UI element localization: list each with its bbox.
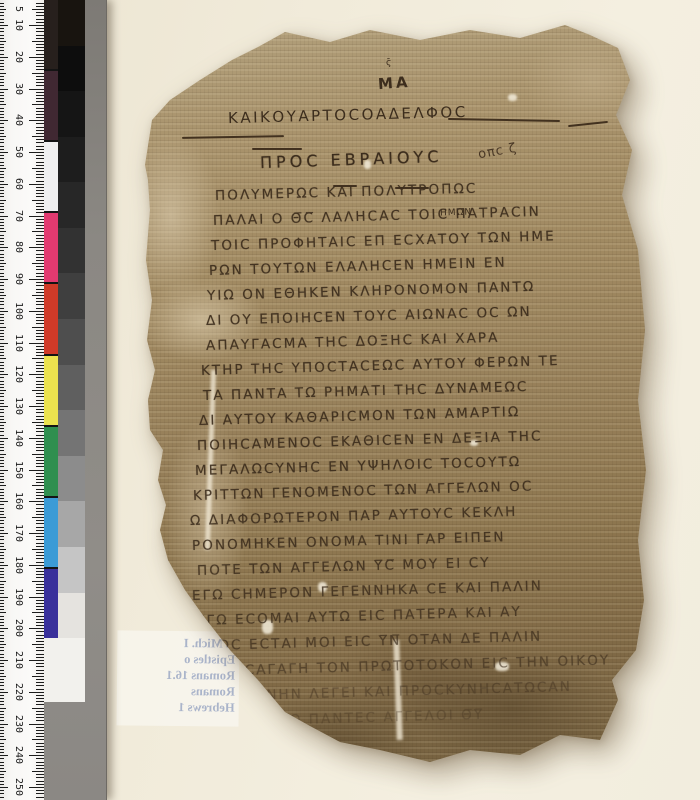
ruler-tick [0, 95, 4, 96]
grayscale-step [58, 319, 85, 365]
ruler-tick [36, 577, 44, 578]
quire-mark: ϛ̄ [385, 58, 392, 69]
ruler-tick [36, 758, 44, 759]
ruler-tick [0, 149, 4, 150]
ruler-tick [0, 695, 4, 696]
ruler-tick [32, 517, 44, 518]
ruler-tick [36, 444, 44, 445]
ruler-tick [36, 504, 44, 505]
ruler-number: 150 [11, 457, 25, 483]
ruler-tick [36, 749, 44, 750]
ruler-tick [36, 349, 44, 350]
ruler-tick [0, 720, 4, 721]
ruler-number: 240 [11, 742, 25, 768]
ruler-tick [0, 444, 4, 445]
ruler-tick [0, 343, 8, 344]
ruler-tick [0, 225, 4, 226]
manuscript-line: ΡΩΝ ΤΟΥΤΩΝ ΕΛΑΛΗϹΕΝ ΗΜΕΙΝ ΕΝ [209, 255, 507, 279]
ruler-tick [36, 12, 44, 13]
ruler-tick [36, 492, 44, 493]
ruler-tick [0, 206, 4, 207]
ruler-tick [0, 396, 4, 397]
ruler-tick [36, 254, 44, 255]
ruler-tick [0, 123, 4, 124]
ruler-tick [0, 60, 4, 61]
manuscript-line: ΤΟΙϹ ΠΡΟΦΗΤΑΙϹ ΕΠ ΕϹΧΑΤΟΥ ΤΩΝ ΗΜΕ [211, 228, 556, 254]
ruler-tick [0, 555, 4, 556]
ruler-tick [32, 168, 44, 169]
ruler-tick [36, 235, 44, 236]
ruler-tick [29, 343, 44, 344]
ruler-tick [0, 730, 4, 731]
ruler-tick [0, 752, 4, 753]
ruler-tick [0, 276, 4, 277]
ruler-tick [0, 793, 4, 794]
ruler-tick [0, 244, 4, 245]
ruler-tick [0, 41, 6, 42]
ruler-tick [36, 50, 44, 51]
ruler-tick [36, 304, 44, 305]
ruler-tick [0, 565, 8, 566]
ruler-tick [0, 209, 4, 210]
ruler-tick [36, 384, 44, 385]
ruler-tick [0, 777, 4, 778]
ruler-tick [0, 758, 4, 759]
ruler-tick [0, 622, 4, 623]
ruler-tick [0, 457, 4, 458]
manuscript-line: ΡΟΝΟΜΗΚΕΝ ΟΝΟΜΑ ΤΙΝΙ ΓΑΡ ΕΙΠΕΝ [192, 529, 506, 554]
manuscript-line: ΠΟΛΥΜΕΡΩϹ ΚΑΙ ΠΟΛΥΤΡΟΠΩϹ [215, 181, 478, 204]
ruler-tick [0, 647, 4, 648]
ruler-tick [36, 139, 44, 140]
ruler-tick [0, 514, 4, 515]
ruler-tick [0, 473, 4, 474]
ruler-tick [0, 139, 4, 140]
ruler-tick [0, 790, 4, 791]
manuscript-line: ΑΠΑΥΓΑϹΜΑ ΤΗϹ ΔΟΞΗϹ ΚΑΙ ΧΑΡΑ [206, 330, 500, 354]
ruler-tick [0, 365, 4, 366]
ruler-number: 80 [11, 234, 25, 260]
ruler-tick [29, 406, 44, 407]
ruler-tick [0, 323, 4, 324]
ruler-tick [0, 546, 4, 547]
card-white-margin [44, 638, 85, 702]
ruler-tick [36, 689, 44, 690]
ruler-tick [36, 571, 44, 572]
ruler-tick [36, 241, 44, 242]
grayscale-step [58, 228, 85, 274]
ruler-tick [36, 584, 44, 585]
ruler-tick [36, 35, 44, 36]
ruler-tick [36, 162, 44, 163]
ruler-tick [0, 641, 4, 642]
ruler-tick [36, 158, 44, 159]
ruler-tick [36, 203, 44, 204]
ruler-number: 140 [11, 425, 25, 451]
ruler-tick [0, 568, 4, 569]
ruler-tick [0, 368, 4, 369]
ruler-tick [0, 517, 6, 518]
ruler-tick [0, 654, 4, 655]
ruler-tick [0, 736, 4, 737]
ruler-tick [0, 746, 4, 747]
ruler-tick [0, 708, 6, 709]
ruler-tick [36, 250, 44, 251]
ruler-tick [36, 733, 44, 734]
manuscript-line: ΚΤΗΡ ΤΗϹ ΥΠΟϹΤΑϹΕΩϹ ΑΥΤΟΥ ΦΕΡΩΝ ΤΕ [201, 353, 560, 379]
ruler-tick [32, 549, 44, 550]
ruler-tick [0, 692, 8, 693]
ruler-tick [32, 231, 44, 232]
ruler-tick [0, 612, 6, 613]
ruler-tick [32, 708, 44, 709]
ruler-tick [36, 368, 44, 369]
ruler-tick [0, 562, 4, 563]
ruler-tick [0, 797, 4, 798]
calibration-card [44, 0, 107, 800]
grayscale-step [58, 593, 85, 639]
ruler-tick [36, 298, 44, 299]
ruler-tick [0, 282, 4, 283]
surface-fleck [508, 94, 517, 101]
manuscript-line: ΔΙ ΟΥ ΕΠΟΙΗϹΕΝ ΤΟΥϹ ΑΙΩΝΑϹ ΟϹ ΩΝ [206, 304, 532, 329]
ruler-tick [36, 682, 44, 683]
ruler-tick [36, 85, 44, 86]
ruler-tick [36, 79, 44, 80]
ruler-tick [36, 69, 44, 70]
ruler-tick [36, 797, 44, 798]
ruler-tick [36, 165, 44, 166]
ruler-tick [36, 117, 44, 118]
grayscale-step [58, 46, 85, 92]
ruler-tick [36, 476, 44, 477]
ruler-tick [36, 781, 44, 782]
ruler-tick [0, 127, 4, 128]
ruler-tick [36, 174, 44, 175]
ruler-tick [36, 323, 44, 324]
manuscript-line: ΕΓΩ ΕϹΟΜΑΙ ΑΥΤΩ ΕΙϹ ΠΑΤΕΡΑ ΚΑΙ ΑΥ [196, 604, 522, 629]
ruler-tick [29, 533, 44, 534]
ruler-tick [36, 206, 44, 207]
ruler-tick [0, 435, 4, 436]
ruler-tick [36, 777, 44, 778]
ruler-tick [36, 127, 44, 128]
ruler-tick [32, 771, 44, 772]
ruler-tick [0, 412, 4, 413]
manuscript-line: ΤΑ ΠΑΝΤΑ ΤΩ ΡΗΜΑΤΙ ΤΗϹ ΔΥΝΑΜΕΩϹ [203, 379, 529, 404]
ruler-tick [0, 584, 4, 585]
grayscale-step [58, 547, 85, 593]
ruler-tick [0, 333, 4, 334]
grayscale-step [58, 182, 85, 228]
ruler-tick [0, 31, 4, 32]
ruler-tick [36, 292, 44, 293]
ruler-tick [36, 527, 44, 528]
ruler-tick [0, 571, 4, 572]
ruler-tick [29, 184, 44, 185]
ruler-tick [36, 543, 44, 544]
ruler-tick [0, 670, 4, 671]
ruler-tick [36, 574, 44, 575]
ruler-tick [0, 616, 4, 617]
ruler-tick [0, 12, 4, 13]
ruler-tick [36, 381, 44, 382]
ruler-tick [0, 269, 4, 270]
ruler-tick [36, 190, 44, 191]
ruler-tick [0, 549, 6, 550]
ruler-tick [0, 717, 4, 718]
ruler-tick [36, 308, 44, 309]
ruler-tick [0, 381, 4, 382]
ruler-tick [36, 641, 44, 642]
ruler-tick [36, 460, 44, 461]
ruler-tick [36, 346, 44, 347]
ruler-tick [36, 352, 44, 353]
ruler-tick [0, 82, 4, 83]
manuscript-line: ΠΟΤΕ ΤΩΝ ΑΓΓΕΛΩΝ Υ̅Ϲ̅ ΜΟΥ ΕΙ ϹΥ [197, 555, 491, 579]
ruler-tick [0, 501, 8, 502]
ruler-tick [29, 311, 44, 312]
grayscale-step [58, 410, 85, 456]
ruler-tick [36, 320, 44, 321]
ruler-tick [0, 765, 4, 766]
ruler-tick [36, 371, 44, 372]
ruler-tick [36, 219, 44, 220]
ruler-tick [32, 200, 44, 201]
ruler-tick [32, 9, 44, 10]
ruler-tick [29, 660, 44, 661]
ruler-tick [0, 358, 6, 359]
ruler-tick [0, 9, 6, 10]
ruler-tick [0, 416, 4, 417]
ruler-tick [36, 520, 44, 521]
ruler-tick [29, 597, 44, 598]
ruler-tick [36, 114, 44, 115]
ruler-tick [0, 355, 4, 356]
ruler-tick [0, 489, 4, 490]
ruler-tick [32, 41, 44, 42]
ruler-tick [36, 142, 44, 143]
ruler-tick [0, 114, 4, 115]
ruler-tick [36, 92, 44, 93]
ruler-tick [36, 257, 44, 258]
ruler-tick [36, 416, 44, 417]
ruler-tick [0, 349, 4, 350]
ruler-tick [0, 92, 4, 93]
ruler-tick [36, 31, 44, 32]
ruler-tick [0, 743, 4, 744]
ruler-tick [0, 492, 4, 493]
ruler-tick [0, 425, 4, 426]
ruler-tick [0, 190, 4, 191]
mm-ruler: 5102030405060708090100110120130140150160… [0, 0, 44, 800]
ruler-tick [36, 555, 44, 556]
ruler-tick [0, 539, 4, 540]
ruler-tick [36, 260, 44, 261]
ruler-tick [0, 254, 4, 255]
ruler-tick [0, 371, 4, 372]
ruler-tick [0, 6, 4, 7]
grayscale-step [58, 273, 85, 319]
ruler-tick [36, 409, 44, 410]
paragraphos-stroke [448, 118, 560, 122]
ruler-tick [0, 682, 4, 683]
ruler-tick [36, 428, 44, 429]
ruler-tick [0, 377, 4, 378]
ruler-tick [0, 330, 4, 331]
ruler-tick [0, 774, 4, 775]
ruler-tick [0, 387, 4, 388]
ruler-tick [36, 28, 44, 29]
ruler-tick [0, 701, 4, 702]
ruler-tick [36, 654, 44, 655]
ruler-tick [36, 6, 44, 7]
ruler-tick [36, 479, 44, 480]
ruler-tick [0, 581, 6, 582]
ruler-tick [0, 28, 4, 29]
ruler-tick [0, 403, 4, 404]
manuscript-line: ΑΥΤΩ ΠΑΝΤΕϹ ΑΓΓΕΛΟΙ Θ̅Υ̅ [258, 707, 485, 729]
ruler-tick [0, 263, 6, 264]
ruler-tick [36, 558, 44, 559]
ruler-tick [0, 666, 4, 667]
ruler-tick [0, 187, 4, 188]
ruler-tick [0, 784, 4, 785]
ruler-tick [36, 403, 44, 404]
ruler-tick [0, 552, 4, 553]
ruler-tick [36, 76, 44, 77]
ruler-tick [0, 327, 6, 328]
ruler-tick [36, 317, 44, 318]
ruler-tick [0, 98, 4, 99]
papyrus-surface: ϛ̄ ΜΑ ΚΑΙΚΟΥΑΡΤΟϹΟΑΔΕΛΦΟϹ ΠΡΟϹ ΕΒΡΑΙΟΥϹ … [140, 22, 655, 767]
ruler-tick [0, 749, 4, 750]
ruler-tick [36, 695, 44, 696]
ruler-tick [0, 431, 4, 432]
ruler-tick [0, 196, 4, 197]
manuscript-line: ΕΙϹΑΓΑΓΗ ΤΟΝ ΠΡΩΤΟΤΟΚΟΝ ΕΙϹ ΤΗΝ ΟΙΚΟΥ [228, 652, 611, 679]
ruler-tick [0, 212, 4, 213]
ruler-tick [36, 762, 44, 763]
grayscale-step [58, 91, 85, 137]
ruler-tick [0, 101, 4, 102]
ruler-tick [36, 95, 44, 96]
ruler-tick [36, 447, 44, 448]
ruler-tick [36, 396, 44, 397]
ruler-number: 130 [11, 393, 25, 419]
ruler-tick [0, 216, 8, 217]
ruler-tick [0, 311, 8, 312]
ruler-tick [0, 479, 4, 480]
ruler-tick [0, 657, 4, 658]
ruler-tick [0, 177, 4, 178]
ruler-tick [36, 435, 44, 436]
ruler-number: 200 [11, 615, 25, 641]
ruler-tick [0, 339, 4, 340]
ruler-tick [36, 66, 44, 67]
ruler-number: 210 [11, 647, 25, 673]
ruler-tick [0, 533, 8, 534]
ruler-tick [36, 619, 44, 620]
ruler-tick [36, 711, 44, 712]
ruler-tick [36, 333, 44, 334]
manuscript-line: ΚΡΙΤΤΩΝ ΓΕΝΟΜΕΝΟϹ ΤΩΝ ΑΓΓΕΛΩΝ ΟϹ [193, 478, 534, 504]
ruler-tick [36, 222, 44, 223]
ruler-tick [0, 400, 4, 401]
ruler-tick [0, 320, 4, 321]
ruler-tick [0, 739, 6, 740]
ruler-tick [36, 441, 44, 442]
grayscale-step [58, 137, 85, 183]
ruler-number: 40 [11, 107, 25, 133]
ruler-tick [0, 317, 4, 318]
ruler-tick [0, 504, 4, 505]
ruler-tick [0, 165, 4, 166]
color-patch-yellow [44, 356, 58, 427]
ruler-tick [36, 133, 44, 134]
ruler-tick [32, 485, 44, 486]
ruler-tick [36, 727, 44, 728]
ruler-tick [36, 631, 44, 632]
ruler-tick [0, 650, 4, 651]
ruler-tick [0, 466, 4, 467]
ruler-tick [0, 35, 4, 36]
ruler-tick [0, 419, 4, 420]
ruler-tick [0, 711, 4, 712]
papyrus-leaf: ϛ̄ ΜΑ ΚΑΙΚΟΥΑΡΤΟϹΟΑΔΕΛΦΟϹ ΠΡΟϹ ΕΒΡΑΙΟΥϹ … [140, 22, 655, 767]
ruler-tick [29, 787, 44, 788]
ruler-tick [0, 25, 8, 26]
ruler-tick [36, 523, 44, 524]
ruler-tick [36, 130, 44, 131]
manuscript-line: ΥΙΩ ΟΝ ΕΘΗΚΕΝ ΚΛΗΡΟΝΟΜΟΝ ΠΑΝΤΩ [207, 279, 536, 304]
ruler-tick [36, 450, 44, 451]
ruler-tick [36, 625, 44, 626]
ruler-tick [0, 714, 4, 715]
ruler-tick [0, 47, 4, 48]
ruler-tick [36, 301, 44, 302]
ruler-tick [36, 603, 44, 604]
ruler-tick [0, 498, 4, 499]
ruler-tick [0, 631, 4, 632]
ruler-tick [36, 38, 44, 39]
ruler-tick [32, 644, 44, 645]
ruler-tick [0, 628, 8, 629]
paragraphos-stroke [182, 135, 284, 139]
ruler-tick [36, 19, 44, 20]
ruler-tick [36, 568, 44, 569]
ruler-tick [36, 511, 44, 512]
ruler-tick [36, 562, 44, 563]
ruler-tick [36, 685, 44, 686]
ruler-tick [36, 768, 44, 769]
ruler-tick [0, 298, 4, 299]
ruler-tick [32, 390, 44, 391]
ruler-tick [36, 701, 44, 702]
color-patch-dark-maroon [44, 71, 58, 142]
ruler-tick [36, 47, 44, 48]
ruler-tick [0, 279, 8, 280]
ruler-tick [0, 733, 4, 734]
ruler-tick [36, 489, 44, 490]
ruler-tick [0, 673, 4, 674]
ruler-tick [0, 247, 8, 248]
ruler-tick [36, 60, 44, 61]
ruler-tick [0, 558, 4, 559]
ruler-tick [0, 171, 4, 172]
ruler-tick [0, 193, 4, 194]
ruler-tick [36, 463, 44, 464]
